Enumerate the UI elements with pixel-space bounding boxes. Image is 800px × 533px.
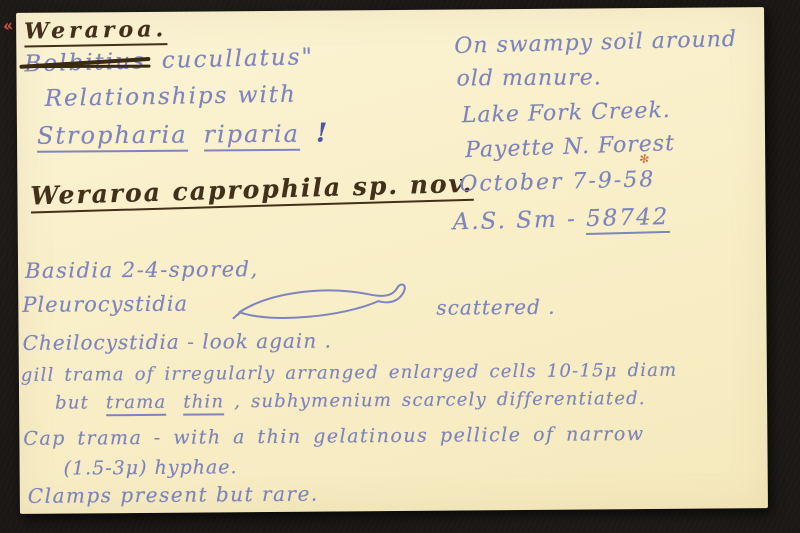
relationships-line: Relationships with (45, 82, 298, 112)
synonym-species-text: cucullatus" (162, 44, 315, 74)
photo-background: « Weraroa. Bolbitius cucullatus" Relatio… (0, 0, 800, 533)
gill-trama-line-1: gill trama of irregularly arranged enlar… (21, 360, 678, 386)
habitat-line-1: On swampy soil around (454, 27, 737, 59)
gill-trama-rest: , subhymenium scarcely differentiated. (234, 388, 646, 412)
collection-number: 58742 (586, 204, 670, 235)
collector-text: A.S. Sm - (452, 206, 577, 235)
cap-trama-line-2: (1.5-3μ) hyphae. (64, 456, 238, 479)
gill-trama-line-2: but trama thin , subhymenium scarcely di… (55, 388, 646, 414)
red-corner-mark: « (2, 15, 16, 35)
cap-trama-line-1: Cap trama - with a thin gelatinous pelli… (23, 423, 644, 450)
stropharia-genus: Stropharia (37, 121, 188, 153)
gill-trama-trama: trama (106, 392, 167, 416)
genus-title-text: Weraroa. (24, 16, 167, 47)
strikethrough-mark (20, 64, 151, 67)
date-line: October 7-9-58 (459, 167, 655, 197)
new-species-line: Weraroa caprophila sp. nov. (30, 169, 474, 211)
locality-line: Lake Fork Creek. (462, 98, 672, 128)
new-species-text: Weraroa caprophila sp. nov. (30, 169, 474, 214)
cystidium-sketch (230, 282, 430, 334)
gill-trama-but: but (55, 392, 89, 413)
crossed-out-genus: Bolbitius (24, 48, 146, 77)
index-card: Weraroa. Bolbitius cucullatus" Relations… (16, 7, 768, 514)
stropharia-species: riparia (203, 120, 300, 152)
stropharia-line: Stropharia riparia ! (37, 118, 330, 152)
gill-trama-thin: thin (183, 391, 224, 415)
basidia-note: Basidia 2-4-spored, (25, 257, 259, 283)
stropharia-exclaim: ! (316, 118, 330, 148)
synonym-line: Bolbitius cucullatus" (24, 44, 314, 77)
cheilocystidia-note: Cheilocystidia - look again . (23, 328, 332, 354)
clamps-note: Clamps present but rare. (28, 482, 319, 508)
collector-line: A.S. Sm - 58742 (452, 204, 669, 235)
genus-title: Weraroa. (24, 16, 167, 44)
pleurocystidia-label: Pleurocystidia (22, 292, 188, 317)
red-date-mark: ✻ (638, 151, 650, 166)
habitat-line-2: old manure. (456, 65, 601, 91)
pleurocystidia-note: scattered . (436, 295, 555, 320)
